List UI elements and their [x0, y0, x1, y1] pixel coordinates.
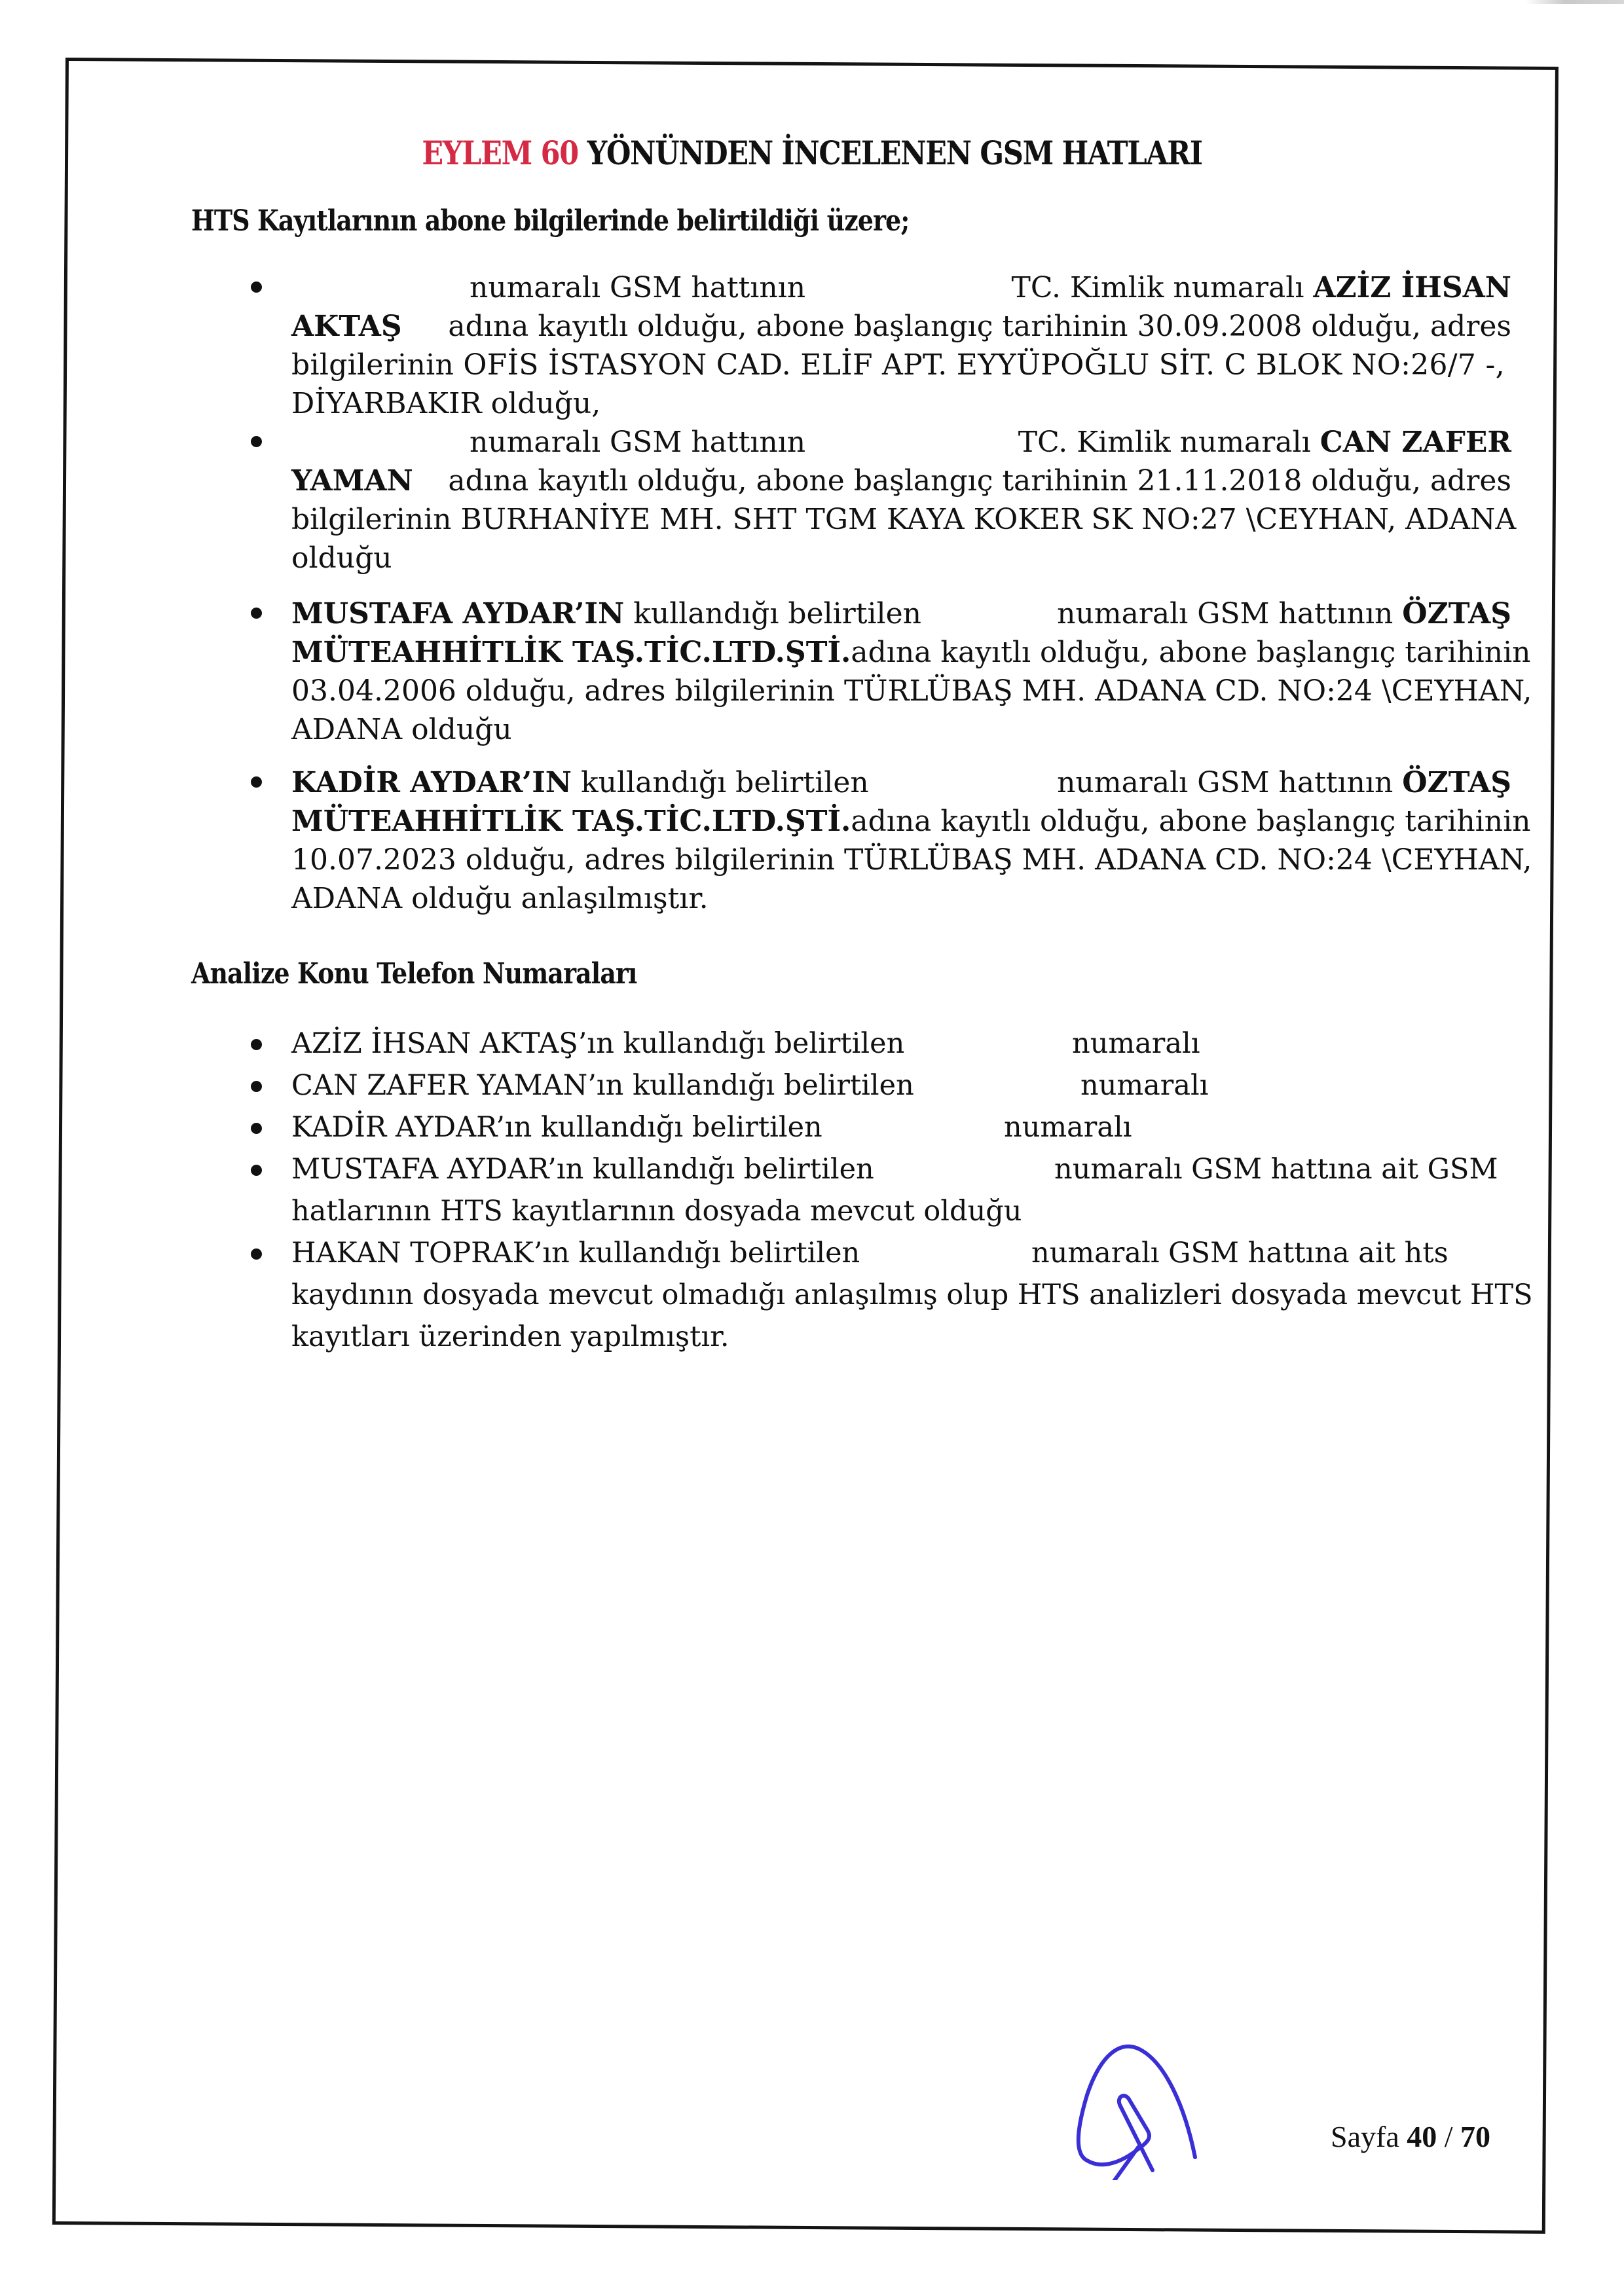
subscriber-name: MÜTEAHHİTLİK TAŞ.TİC.LTD.ŞTİ. — [291, 802, 851, 841]
text: CAN ZAFER YAMAN’ın kullandığı belirtilen — [291, 1065, 1080, 1106]
text: numaralı — [1080, 1069, 1209, 1102]
text: kayıtları üzerinden yapılmıştır. — [291, 1316, 1511, 1358]
text: TC. Kimlik numaralı — [1012, 268, 1304, 307]
text: adına kayıtlı olduğu, abone başlangıç ta… — [448, 307, 1511, 346]
text: ADANA olduğu — [291, 710, 1511, 749]
text: MUSTAFA AYDAR’ın kullandığı belirtilen — [291, 1148, 1054, 1190]
list-item: AZİZ İHSAN AKTAŞ’ın kullandığı belirtile… — [251, 1023, 1511, 1065]
address-text: 03.04.2006 olduğu, adres bilgilerinin TÜ… — [291, 672, 1511, 710]
text: kaydının dosyada mevcut olmadığı anlaşıl… — [291, 1274, 1511, 1316]
bullet-icon — [251, 776, 262, 788]
list-item: MUSTAFA AYDAR’IN kullandığı belirtilen n… — [251, 594, 1511, 763]
subscriber-name: CAN ZAFER — [1320, 423, 1511, 462]
text: numaralı — [1072, 1027, 1200, 1060]
subscriber-name: YAMAN — [291, 462, 413, 500]
bullet-icon — [251, 1039, 262, 1050]
user-name: MUSTAFA AYDAR’IN — [291, 597, 624, 630]
subscriber-name: AKTAŞ — [291, 307, 402, 346]
text: DİYARBAKIR olduğu, — [291, 384, 1511, 423]
title-text: YÖNÜNDEN İNCELENEN GSM HATLARI — [578, 134, 1202, 172]
text: numaralı GSM hattının — [1057, 763, 1393, 802]
address-text: 10.07.2023 olduğu, adres bilgilerinin TÜ… — [291, 841, 1511, 879]
text: AZİZ İHSAN AKTAŞ’ın kullandığı belirtile… — [291, 1023, 1072, 1065]
text: numaralı GSM hattının — [1057, 594, 1393, 633]
subscriber-name: AZİZ İHSAN — [1313, 268, 1511, 307]
analysis-number-list: AZİZ İHSAN AKTAŞ’ın kullandığı belirtile… — [251, 1023, 1511, 1358]
list-item: KADİR AYDAR’ın kullandığı belirtilennuma… — [251, 1106, 1511, 1148]
address-text: bilgilerinin BURHANİYE MH. SHT TGM KAYA … — [291, 500, 1511, 539]
list-item: MUSTAFA AYDAR’ın kullandığı belirtilennu… — [251, 1148, 1511, 1232]
subscriber-list: numaralı GSM hattının TC. Kimlik numaral… — [251, 268, 1511, 920]
list-item: CAN ZAFER YAMAN’ın kullandığı belirtilen… — [251, 1065, 1511, 1106]
bullet-icon — [251, 1248, 262, 1260]
bullet-icon — [251, 436, 262, 447]
text: HAKAN TOPRAK’ın kullandığı belirtilen — [291, 1232, 1031, 1274]
title-action-number: EYLEM 60 — [422, 134, 578, 172]
text: ADANA olduğu anlaşılmıştır. — [291, 879, 1511, 918]
page-total: 70 — [1460, 2120, 1490, 2153]
address-text: bilgilerinin OFİS İSTASYON CAD. ELİF APT… — [291, 346, 1511, 384]
bullet-icon — [251, 608, 262, 619]
page-number: Sayfa 40 / 70 — [1331, 2119, 1490, 2154]
subscriber-name: MÜTEAHHİTLİK TAŞ.TİC.LTD.ŞTİ. — [291, 633, 851, 672]
text: numaralı — [1004, 1111, 1132, 1144]
text: adına kayıtlı olduğu, abone başlangıç ta… — [851, 802, 1530, 841]
text: hatlarının HTS kayıtlarının dosyada mevc… — [291, 1190, 1511, 1232]
list-item: KADİR AYDAR’IN kullandığı belirtilen num… — [251, 763, 1511, 920]
text: olduğu — [291, 539, 1511, 577]
subscriber-name: ÖZTAŞ — [1402, 763, 1511, 802]
text: numaralı GSM hattına ait hts — [1031, 1237, 1449, 1269]
text: adına kayıtlı olduğu, abone başlangıç ta… — [851, 633, 1530, 672]
text: kullandığı belirtilen — [572, 766, 869, 799]
bullet-icon — [251, 1123, 262, 1134]
user-name: KADİR AYDAR’IN — [291, 766, 572, 799]
subscriber-name: ÖZTAŞ — [1402, 594, 1511, 633]
list-item: numaralı GSM hattının TC. Kimlik numaral… — [251, 268, 1511, 423]
list-item: HAKAN TOPRAK’ın kullandığı belirtilennum… — [251, 1232, 1511, 1358]
bullet-icon — [251, 1081, 262, 1092]
text: KADİR AYDAR’ın kullandığı belirtilen — [291, 1106, 1004, 1148]
section-heading-subscriber-info: HTS Kayıtlarının abone bilgilerinde beli… — [191, 204, 909, 238]
text: numaralı GSM hattına ait GSM — [1054, 1153, 1498, 1186]
bullet-icon — [251, 1165, 262, 1176]
bullet-icon — [251, 282, 262, 293]
page-current: 40 — [1407, 2120, 1437, 2153]
list-item: numaralı GSM hattının TC. Kimlik numaral… — [251, 423, 1511, 594]
text: numaralı GSM hattının — [291, 268, 805, 307]
section-heading-analysis-numbers: Analize Konu Telefon Numaraları — [191, 957, 637, 991]
signature-icon — [1048, 2023, 1205, 2180]
text: adına kayıtlı olduğu, abone başlangıç ta… — [448, 462, 1511, 500]
page-title: EYLEM 60 YÖNÜNDEN İNCELENEN GSM HATLARI — [114, 134, 1511, 172]
page-label: Sayfa — [1331, 2120, 1399, 2153]
document-page: EYLEM 60 YÖNÜNDEN İNCELENEN GSM HATLARI … — [0, 0, 1624, 2296]
text: numaralı GSM hattının — [291, 423, 805, 462]
text: TC. Kimlik numaralı — [1018, 423, 1311, 462]
page-separator: / — [1437, 2120, 1460, 2153]
text: kullandığı belirtilen — [624, 597, 921, 630]
